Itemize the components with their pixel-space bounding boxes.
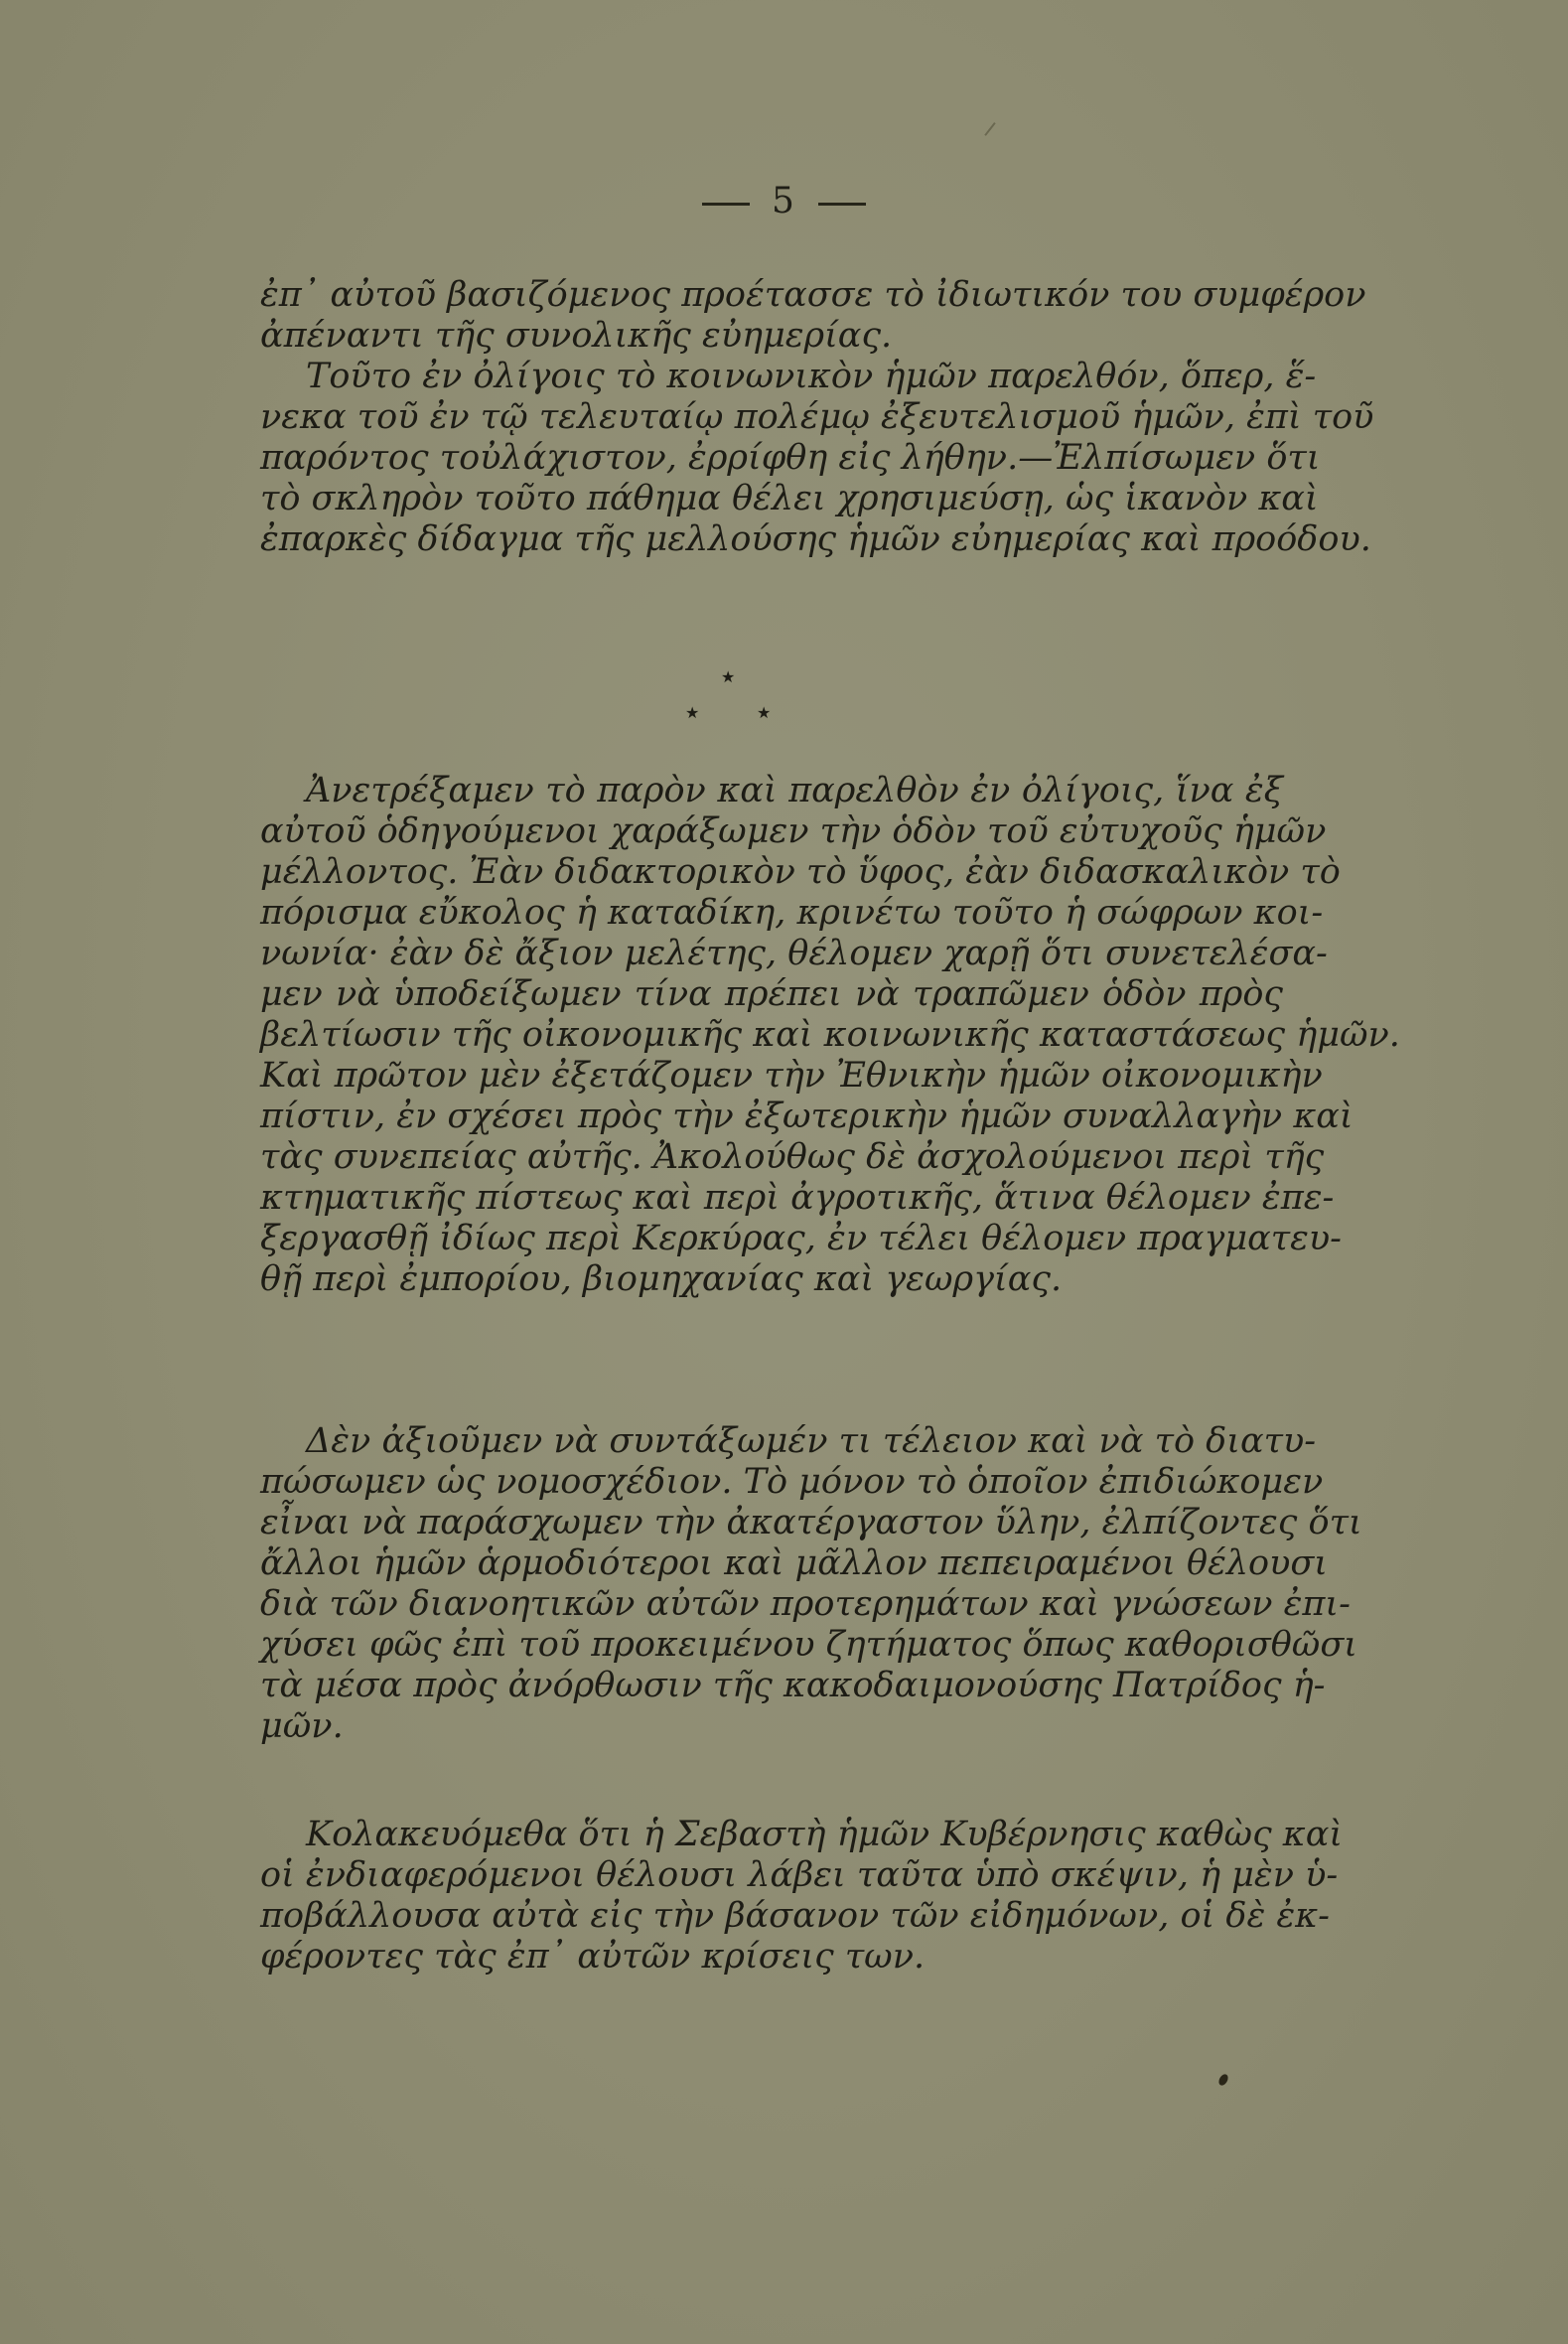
text-line: μεν νὰ ὑποδείξωμεν τίνα πρέπει νὰ τραπῶμ… [260,974,1283,1014]
text-line: ἐπ᾽ αὐτοῦ βασιζόμενος προέτασσε τὸ ἰδιωτ… [260,275,1283,315]
star-icon: ★ [757,703,771,722]
text-block-paragraph-3: Ἀνετρέξαμεν τὸ παρὸν καὶ παρελθὸν ἐν ὀλί… [260,771,1283,1300]
text-line: κτηματικῆς πίστεως καὶ περὶ ἀγροτικῆς, ἅ… [260,1178,1283,1218]
section-separator-asterism: ★ ★ ★ [685,667,804,727]
text-line: βελτίωσιν τῆς οἰκονομικῆς καὶ κοινωνικῆς… [260,1015,1283,1055]
text-line: Τοῦτο ἐν ὀλίγοις τὸ κοινωνικὸν ἡμῶν παρε… [260,357,1283,396]
text-line: πώσωμεν ὡς νομοσχέδιον. Τὸ μόνον τὸ ὁποῖ… [260,1462,1283,1502]
text-line: πόρισμα εὔκολος ἡ καταδίκη, κρινέτω τοῦτ… [260,893,1283,933]
page-number: 5 [0,181,1568,221]
text-line: διὰ τῶν διανοητικῶν αὐτῶν προτερημάτων κ… [260,1584,1283,1624]
text-line: ἐπαρκὲς δίδαγμα τῆς μελλούσης ἡμῶν εὐημε… [260,519,1283,559]
text-line: ἀπέναντι τῆς συνολικῆς εὐημερίας. [260,316,1283,356]
text-line: νεκα τοῦ ἐν τῷ τελευταίῳ πολέμῳ ἐξευτελι… [260,397,1283,437]
text-line: Ἀνετρέξαμεν τὸ παρὸν καὶ παρελθὸν ἐν ὀλί… [260,771,1283,810]
text-line: Δὲν ἀξιοῦμεν νὰ συντάξωμέν τι τέλειον κα… [260,1421,1283,1461]
page-number-value: 5 [772,181,796,221]
text-line: ἄλλοι ἡμῶν ἁρμοδιότεροι καὶ μᾶλλον πεπει… [260,1543,1283,1583]
text-line: θῇ περὶ ἐμπορίου, βιομηχανίας καὶ γεωργί… [260,1259,1283,1299]
text-line: αὐτοῦ ὁδηγούμενοι χαράξωμεν τὴν ὁδὸν τοῦ… [260,811,1283,851]
ink-spot [1217,2073,1230,2087]
star-icon: ★ [685,703,699,722]
text-line: φέροντες τὰς ἐπ᾽ αὐτῶν κρίσεις των. [260,1937,1283,1977]
text-line: εἶναι νὰ παράσχωμεν τὴν ἀκατέργαστον ὕλη… [260,1503,1283,1542]
text-block-top: ἐπ᾽ αὐτοῦ βασιζόμενος προέτασσε τὸ ἰδιωτ… [260,275,1283,560]
paper-blemish [984,122,995,136]
text-block-paragraph-4: Δὲν ἀξιοῦμεν νὰ συντάξωμέν τι τέλειον κα… [260,1421,1283,1747]
text-line: τὰ μέσα πρὸς ἀνόρθωσιν τῆς κακοδαιμονούσ… [260,1666,1283,1705]
text-line: τὰς συνεπείας αὐτῆς. Ἀκολούθως δὲ ἀσχολο… [260,1137,1283,1177]
text-line: μέλλοντος. Ἐὰν διδακτορικὸν τὸ ὕφος, ἐὰν… [260,852,1283,892]
text-line: τὸ σκληρὸν τοῦτο πάθημα θέλει χρησιμεύσῃ… [260,479,1283,518]
text-line: ξεργασθῇ ἰδίως περὶ Κερκύρας, ἐν τέλει θ… [260,1219,1283,1258]
text-line: χύσει φῶς ἐπὶ τοῦ προκειμένου ζητήματος … [260,1625,1283,1665]
text-line: Καὶ πρῶτον μὲν ἐξετάζομεν τὴν Ἐθνικὴν ἡμ… [260,1056,1283,1096]
text-block-paragraph-5: Κολακευόμεθα ὅτι ἡ Σεβαστὴ ἡμῶν Κυβέρνησ… [260,1815,1283,1978]
text-line: Κολακευόμεθα ὅτι ἡ Σεβαστὴ ἡμῶν Κυβέρνησ… [260,1815,1283,1854]
text-line: ποβάλλουσα αὐτὰ εἰς τὴν βάσανον τῶν εἰδη… [260,1896,1283,1936]
page-number-dash-left [702,203,750,206]
page-number-dash-right [818,203,866,206]
text-line: πίστιν, ἐν σχέσει πρὸς τὴν ἐξωτερικὴν ἡμ… [260,1097,1283,1136]
text-line: μῶν. [260,1706,1283,1746]
star-icon: ★ [721,667,735,686]
text-line: παρόντος τοὐλάχιστον, ἐρρίφθη εἰς λήθην.… [260,438,1283,478]
text-line: νωνία· ἐὰν δὲ ἄξιον μελέτης, θέλομεν χαρ… [260,934,1283,973]
text-line: οἱ ἐνδιαφερόμενοι θέλουσι λάβει ταῦτα ὑπ… [260,1855,1283,1895]
